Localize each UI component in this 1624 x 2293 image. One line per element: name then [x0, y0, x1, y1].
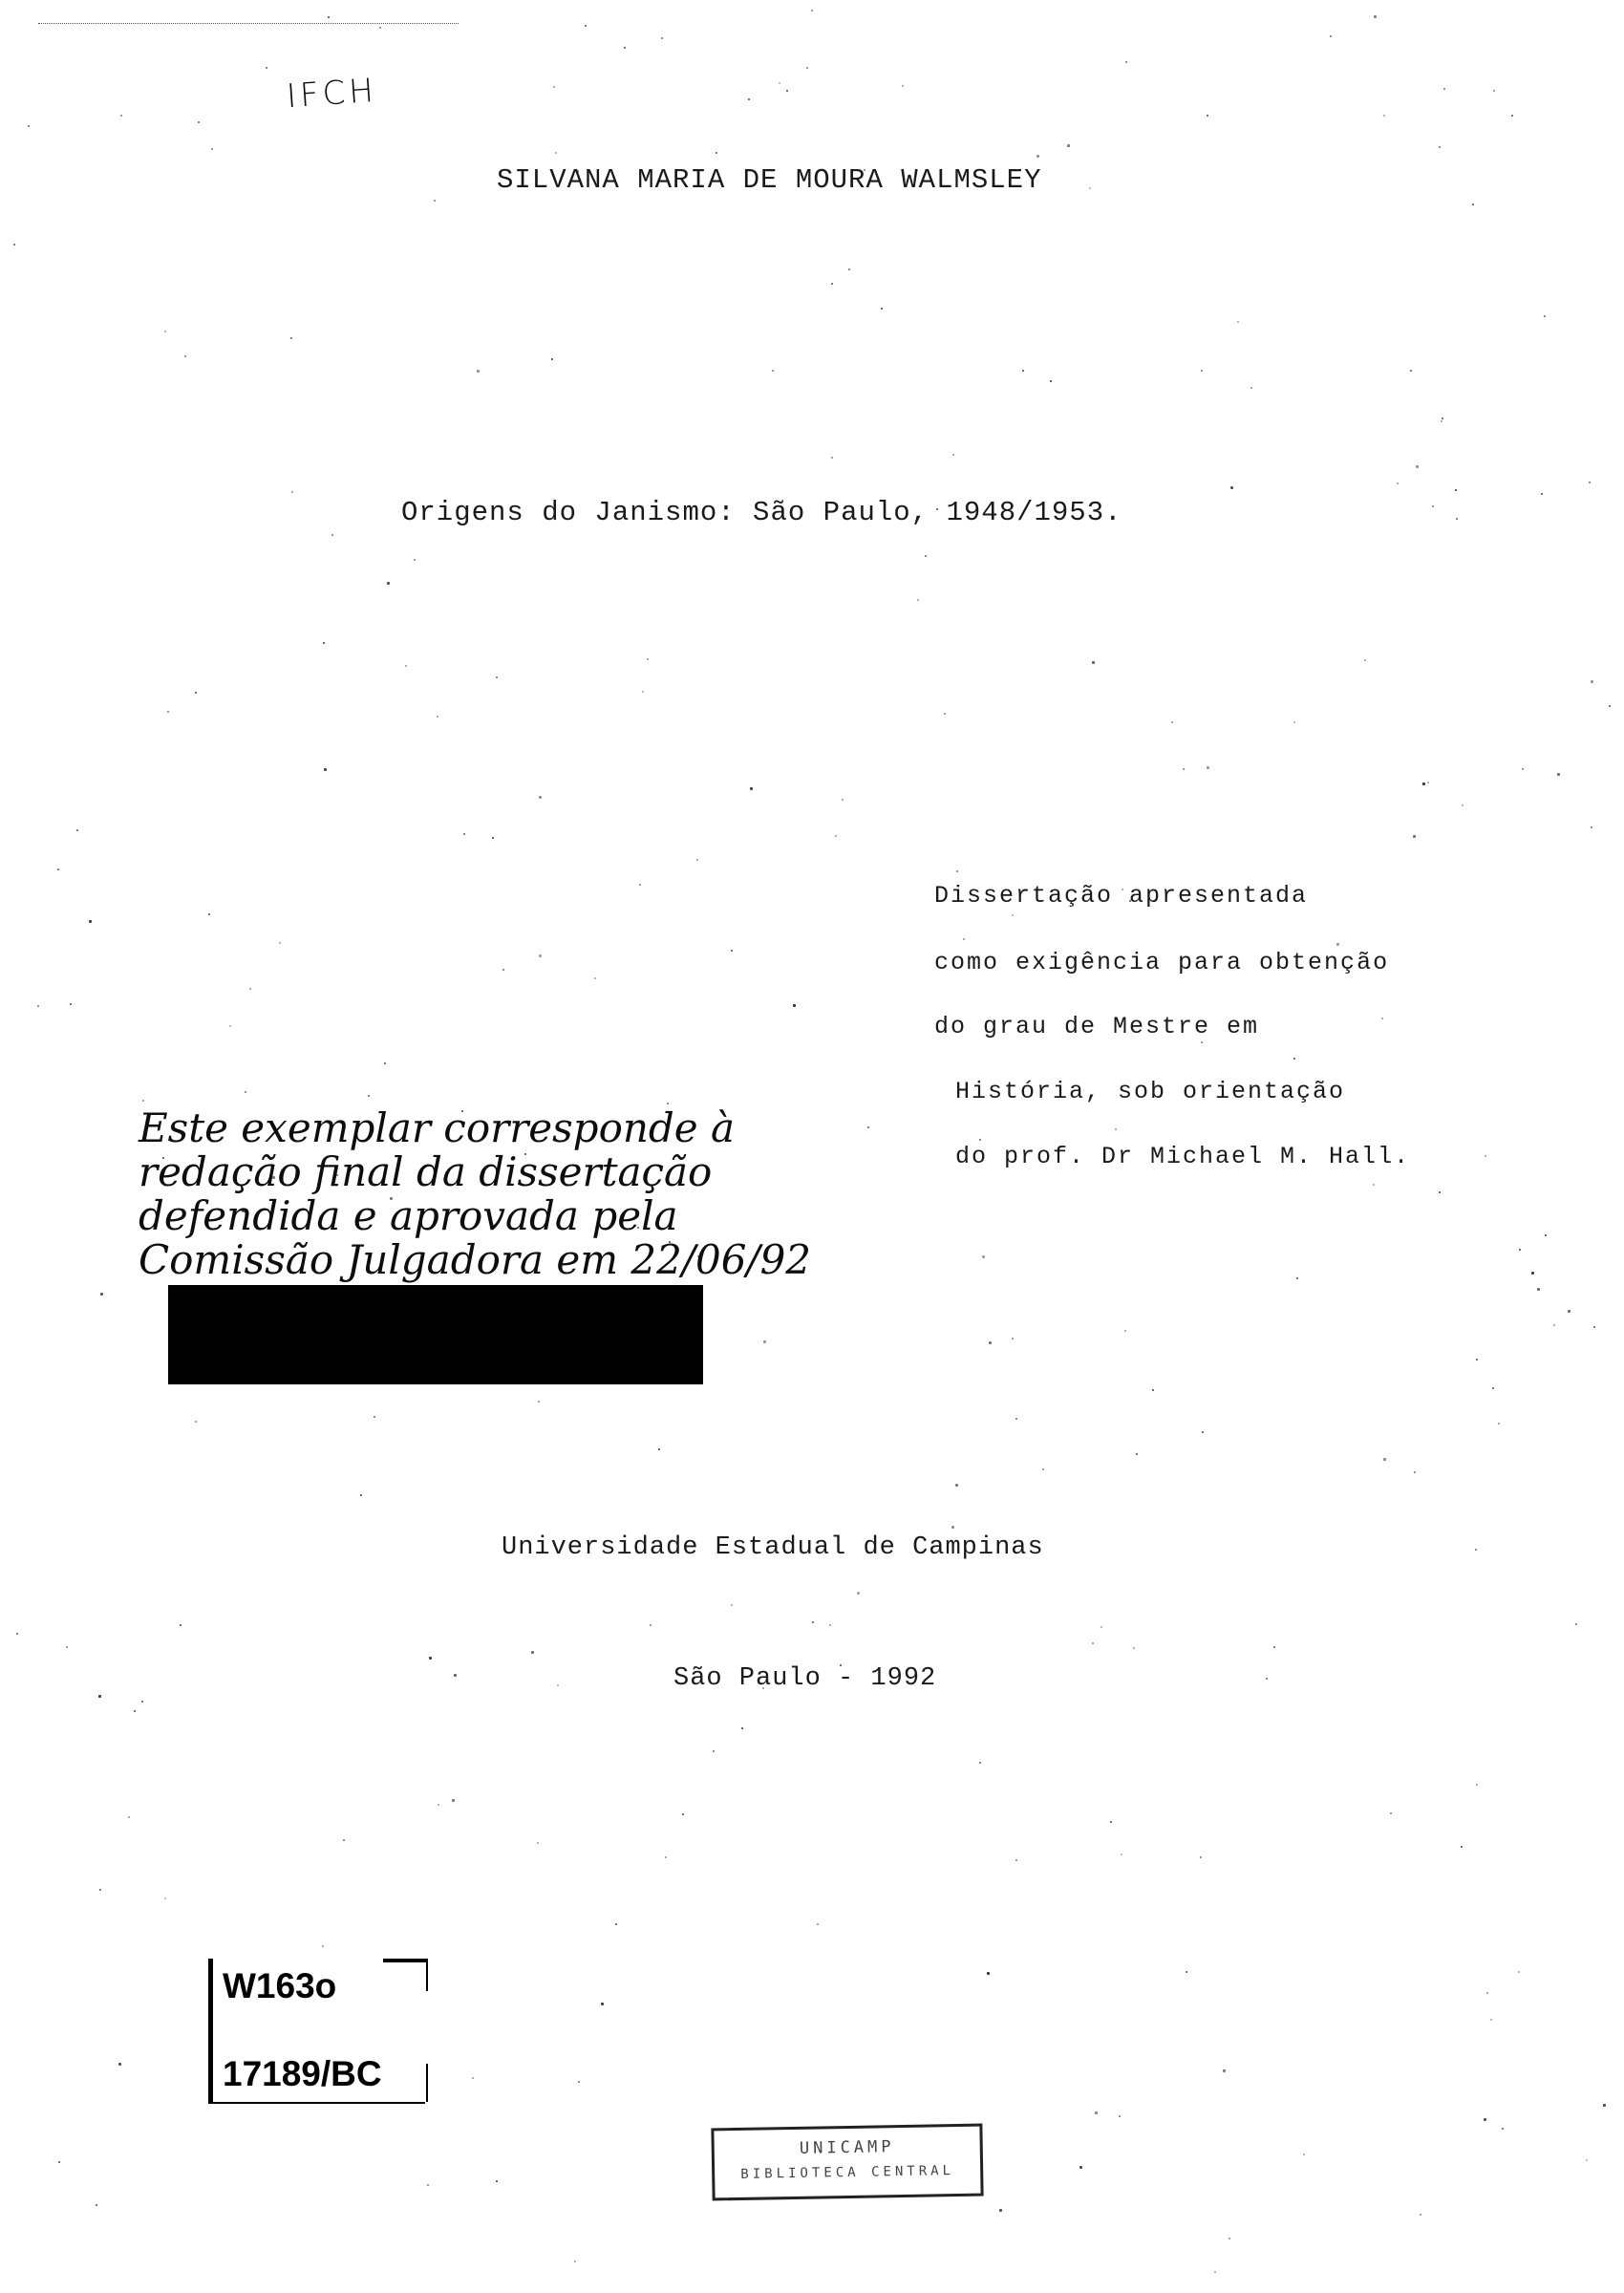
dissertation-title: Origens do Janismo: São Paulo, 1948/1953… [401, 497, 1122, 528]
redacted-signature [168, 1285, 703, 1384]
call-number: W163o [223, 1966, 336, 2006]
library-stamp: UNICAMP BIBLIOTECA CENTRAL [711, 2124, 983, 2201]
author-name: SILVANA MARIA DE MOURA WALMSLEY [497, 164, 1042, 196]
handwritten-line: defendida e aprovada pela [139, 1194, 678, 1238]
accession-number: 17189/BC [223, 2054, 382, 2094]
dissertation-note-line: do prof. Dr Michael M. Hall. [955, 1143, 1410, 1170]
call-number-label: W163o 17189/BC [208, 1959, 425, 2104]
stamp-line: UNICAMP [715, 2136, 980, 2160]
dissertation-note-line: História, sob orientação [955, 1078, 1345, 1105]
scan-artifact-line [38, 23, 459, 24]
dissertation-note-line: Dissertação apresentada [934, 882, 1308, 910]
label-corner-mark [426, 2064, 428, 2102]
handwritten-line: Este exemplar corresponde à [139, 1106, 735, 1150]
label-corner-mark [383, 1959, 428, 1991]
department-mark: IFCH [286, 72, 378, 117]
institution-name: Universidade Estadual de Campinas [502, 1533, 1044, 1562]
handwritten-line: Comissão Julgadora em 22/06/92 [139, 1238, 811, 1282]
handwritten-line: redação final da dissertação [139, 1150, 712, 1194]
dissertation-note-line: do grau de Mestre em [934, 1013, 1259, 1040]
dissertation-note-line: como exigência para obtenção [934, 949, 1389, 976]
place-year: São Paulo - 1992 [673, 1664, 936, 1693]
stamp-line: BIBLIOTECA CENTRAL [715, 2163, 980, 2183]
